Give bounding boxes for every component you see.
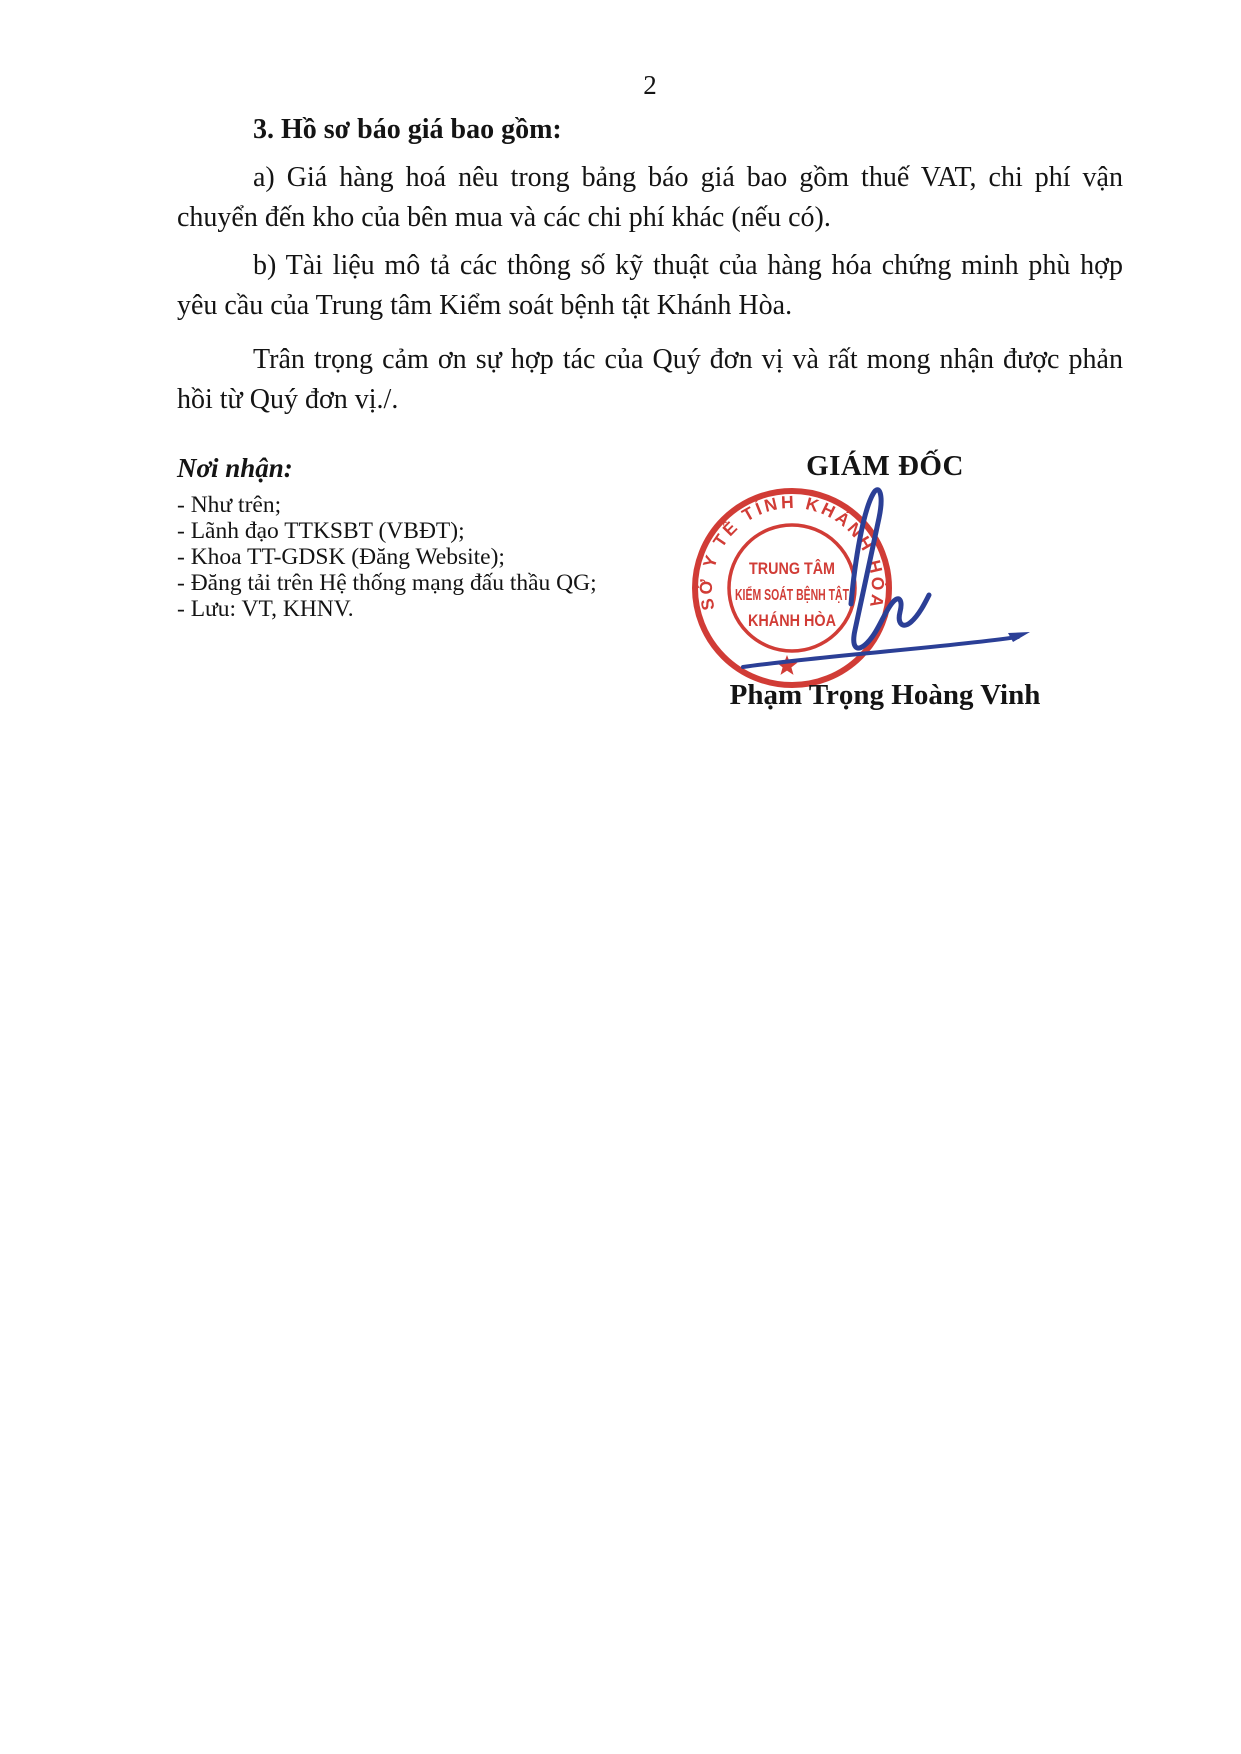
paragraph-b: b) Tài liệu mô tả các thông số kỹ thuật …	[177, 246, 1123, 326]
paragraph-a: a) Giá hàng hoá nêu trong bảng báo giá b…	[177, 158, 1123, 238]
signer-name-block: Phạm Trọng Hoàng Vinh	[654, 679, 1116, 712]
recipients-label: Nơi nhận:	[177, 452, 607, 484]
signature-tail-stroke	[743, 637, 1018, 667]
recipient-item: - Như trên;	[177, 492, 607, 518]
recipient-item: - Lãnh đạo TTKSBT (VBĐT);	[177, 518, 607, 544]
section-heading: 3. Hồ sơ báo giá bao gồm:	[177, 110, 1123, 150]
signature-tail-tip	[1008, 632, 1030, 642]
handwritten-signature-icon	[640, 470, 1060, 690]
signer-name: Phạm Trọng Hoàng Vinh	[730, 679, 1041, 711]
signature-main-stroke	[851, 490, 929, 648]
recipient-item: - Lưu: VT, KHNV.	[177, 596, 607, 622]
recipients-block: Nơi nhận: - Như trên; - Lãnh đạo TTKSBT …	[177, 452, 607, 622]
body-text: 3. Hồ sơ báo giá bao gồm: a) Giá hàng ho…	[177, 110, 1123, 420]
document-page: 2 3. Hồ sơ báo giá bao gồm: a) Giá hàng …	[0, 0, 1241, 1754]
recipient-item: - Đăng tải trên Hệ thống mạng đấu thầu Q…	[177, 570, 607, 596]
closing-paragraph: Trân trọng cảm ơn sự hợp tác của Quý đơn…	[177, 340, 1123, 420]
page-number: 2	[177, 70, 1123, 101]
recipient-item: - Khoa TT-GDSK (Đăng Website);	[177, 544, 607, 570]
